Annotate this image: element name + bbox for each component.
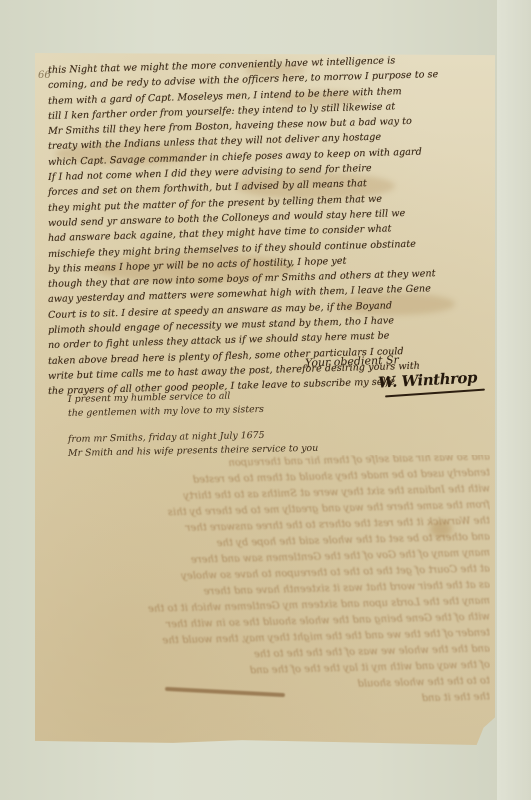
letter-body: this Night that we might the more conven… [48, 63, 498, 400]
postscript: I present my humble service to all the g… [68, 393, 264, 420]
bleed-through-text: and so was hir said selfe of them hir an… [40, 455, 490, 740]
mount-edge [497, 0, 531, 800]
